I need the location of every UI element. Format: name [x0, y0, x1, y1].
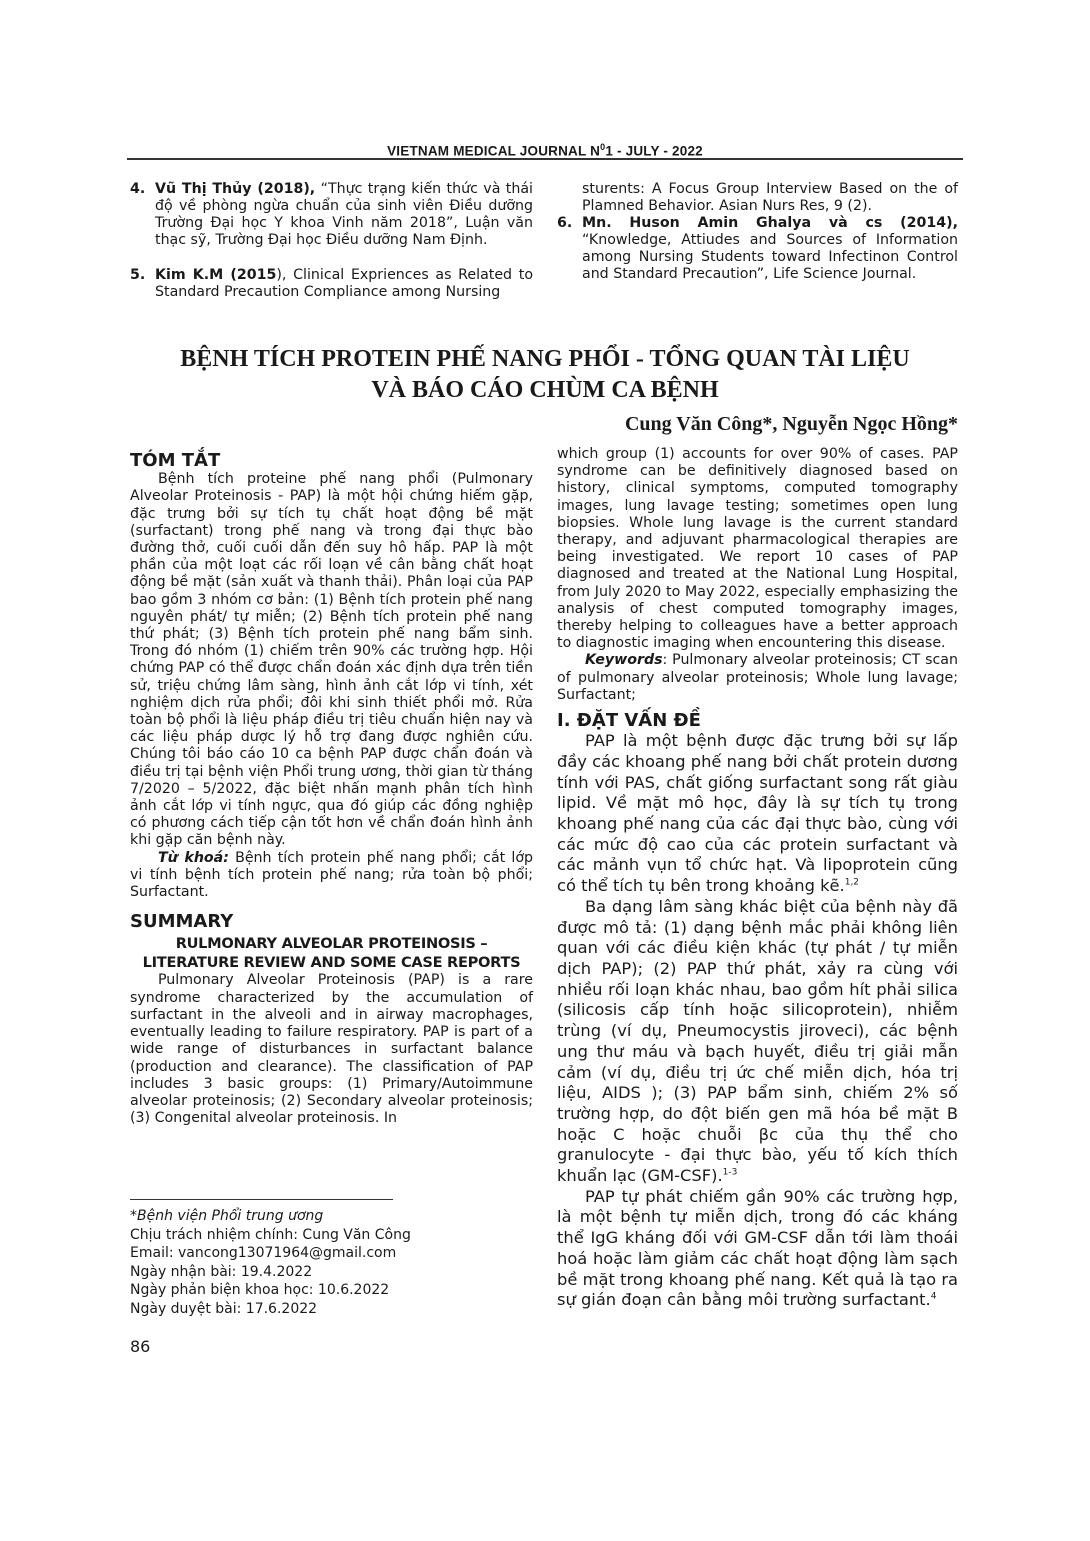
title-line-1: BỆNH TÍCH PROTEIN PHẾ NANG PHỔI - TỔNG Q…	[120, 344, 970, 375]
summary-title: RULMONARY ALVEOLAR PROTEINOSIS – LITERAT…	[130, 934, 533, 972]
date-approved: Ngày duyệt bài: 17.6.2022	[130, 1300, 530, 1319]
affiliation: *Bệnh viện Phổi trung ương	[130, 1207, 530, 1226]
reference-number: 4.	[130, 181, 145, 198]
reference-number: 6.	[557, 215, 572, 232]
reference-author: Mn. Huson Amin Ghalya và cs (2014),	[582, 215, 958, 231]
footnote-rule	[130, 1199, 393, 1200]
reference-number: 5.	[130, 267, 145, 284]
citation: 4	[931, 1292, 937, 1302]
left-column: TÓM TẮT Bệnh tích proteine phế nang phổi…	[130, 452, 533, 1127]
reference-text: “Knowledge, Attiudes and Sources of Info…	[582, 232, 958, 282]
intro-paragraph-3: PAP tự phát chiếm gần 90% các trường hợp…	[557, 1187, 958, 1311]
citation: 1,2	[845, 878, 859, 888]
reference-5: 5.Kim K.M (2015), Clinical Expriences as…	[155, 267, 533, 301]
issue-date: 1 - JULY - 2022	[605, 144, 703, 159]
paragraph-text: PAP tự phát chiếm gần 90% các trường hợp…	[557, 1187, 958, 1310]
summary-body-col1: Pulmonary Alveolar Proteinosis (PAP) is …	[130, 972, 533, 1127]
abstract-vi-keywords: Từ khoá: Bệnh tích protein phế nang phổi…	[130, 850, 533, 902]
summary-title-line-1: RULMONARY ALVEOLAR PROTEINOSIS –	[130, 934, 533, 953]
paragraph-text: PAP là một bệnh được đặc trưng bởi sự lấ…	[557, 731, 958, 895]
page-number: 86	[130, 1337, 150, 1356]
intro-paragraph-2: Ba dạng lâm sàng khác biệt của bệnh này …	[557, 897, 958, 1187]
email[interactable]: Email: vancong13071964@gmail.com	[130, 1244, 530, 1263]
reference-5-continued: sturents: A Focus Group Interview Based …	[582, 181, 958, 215]
responsible-author: Chịu trách nhiệm chính: Cung Văn Công	[130, 1226, 530, 1245]
abstract-vi-body: Bệnh tích proteine phế nang phổi (Pulmon…	[130, 471, 533, 849]
intro-heading: I. ĐẶT VẤN ĐỀ	[557, 712, 958, 729]
right-column: which group (1) accounts for over 90% of…	[557, 446, 958, 1311]
keywords-label: Keywords	[585, 652, 663, 668]
summary-keywords: Keywords: Pulmonary alveolar proteinosis…	[557, 652, 958, 704]
intro-paragraph-1: PAP là một bệnh được đặc trưng bởi sự lấ…	[557, 731, 958, 897]
journal-name: VIETNAM MEDICAL JOURNAL N	[387, 144, 600, 159]
date-received: Ngày nhận bài: 19.4.2022	[130, 1263, 530, 1282]
paragraph-text: Ba dạng lâm sàng khác biệt của bệnh này …	[557, 897, 958, 1185]
citation: 1-3	[723, 1168, 738, 1178]
article-authors: Cung Văn Công*, Nguyễn Ngọc Hồng*	[625, 413, 958, 436]
reference-author: Vũ Thị Thủy (2018),	[155, 181, 315, 197]
reference-4: 4.Vũ Thị Thủy (2018), “Thực trạng kiến t…	[155, 181, 533, 249]
reference-author: Kim K.M (2015	[155, 267, 276, 283]
summary-title-line-2: LITERATURE REVIEW AND SOME CASE REPORTS	[130, 953, 533, 972]
abstract-vi-heading: TÓM TẮT	[130, 452, 533, 469]
footnote: *Bệnh viện Phổi trung ương Chịu trách nh…	[130, 1207, 530, 1319]
reference-6: 6.Mn. Huson Amin Ghalya và cs (2014), “K…	[582, 215, 958, 283]
article-title: BỆNH TÍCH PROTEIN PHẾ NANG PHỔI - TỔNG Q…	[120, 344, 970, 406]
reference-text: sturents: A Focus Group Interview Based …	[582, 181, 958, 214]
summary-body-col2: which group (1) accounts for over 90% of…	[557, 446, 958, 652]
keywords-label: Từ khoá:	[158, 850, 229, 866]
summary-heading: SUMMARY	[130, 913, 533, 930]
title-line-2: VÀ BÁO CÁO CHÙM CA BỆNH	[120, 375, 970, 406]
running-header: VIETNAM MEDICAL JOURNAL N01 - JULY - 202…	[127, 142, 963, 159]
header-rule	[127, 158, 963, 160]
intro-body: PAP là một bệnh được đặc trưng bởi sự lấ…	[557, 731, 958, 1311]
date-reviewed: Ngày phản biện khoa học: 10.6.2022	[130, 1281, 530, 1300]
